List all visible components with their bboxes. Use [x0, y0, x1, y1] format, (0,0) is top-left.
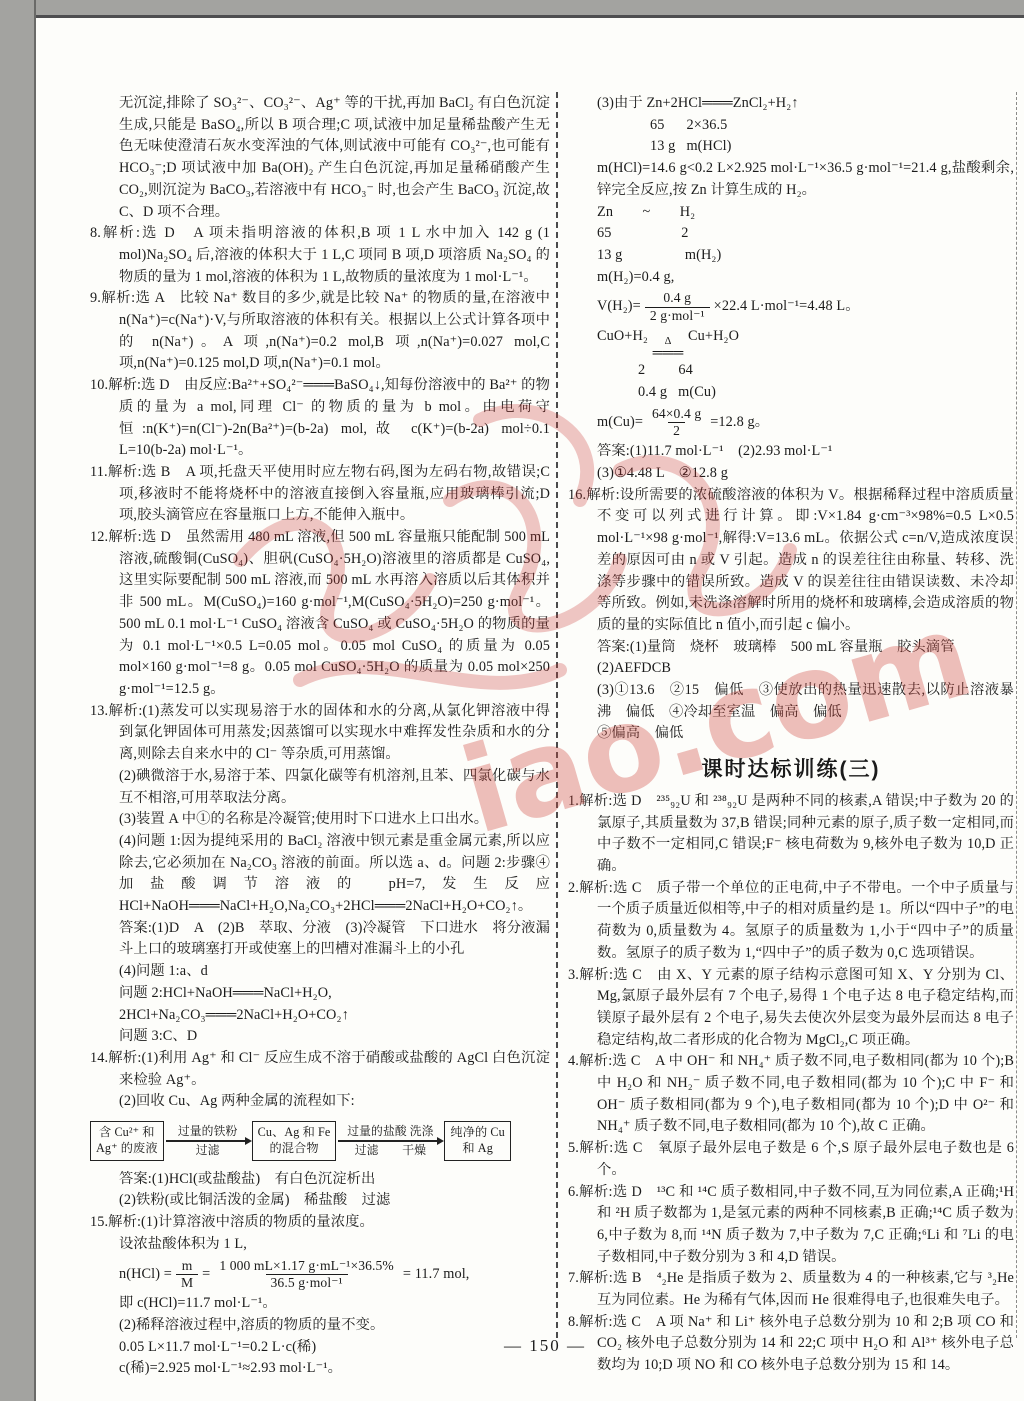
answer-line: 2HCl+Na₂CO₃═══2NaCl+H₂O+CO₂↑	[90, 1005, 550, 1027]
equation-work-line: 0.4 g m(Cu)	[568, 382, 1014, 404]
answer-line: (2)AEFDCB	[568, 658, 1014, 680]
answer-line: ⑤偏高 偏低	[568, 723, 1014, 745]
answer-line: 问题 2:HCl+NaOH═══NaCl+H₂O,	[90, 983, 550, 1005]
answer-item: 8.解析:选 D A 项未指明溶液的体积,B 项 1 L 水中加入 142 g …	[90, 223, 550, 288]
equation-work-line: 13 g m(H₂)	[568, 245, 1014, 267]
fraction-numerator: 1 000 mL×1.17 g·mL⁻¹×36.5%	[214, 1258, 399, 1274]
answer-item: 15.解析:(1)计算溶液中溶质的物质的量浓度。	[90, 1212, 550, 1234]
fraction-numerator: m	[177, 1258, 198, 1274]
answer-item: 6.解析:选 D ¹³C 和 ¹⁴C 质子数相同,中子数不同,互为同位素,A 正…	[568, 1182, 1014, 1269]
page-number: — 150 —	[430, 1336, 660, 1356]
fraction-denominator: 2 g·mol⁻¹	[645, 307, 710, 324]
answer-line: 答案:(1)HCl(或盐酸盐) 有白色沉淀析出	[90, 1169, 550, 1191]
flow-box-line: 含 Cu²⁺ 和	[96, 1125, 158, 1141]
fraction-equation: n(HCl) = mM = 1 000 mL×1.17 g·mL⁻¹×36.5%…	[90, 1258, 550, 1292]
answer-line: 设浓盐酸体积为 1 L,	[90, 1234, 550, 1256]
answer-line: (2)碘微溶于水,易溶于苯、四氯化碳等有机溶剂,且苯、四氯化碳与水互不相溶,可用…	[90, 766, 550, 809]
equation-text: V(H₂)=	[597, 296, 641, 318]
column-divider	[556, 92, 558, 1338]
process-flow-diagram: 含 Cu²⁺ 和Ag⁺ 的废液过量的铁粉过滤Cu、Ag 和 Fe的混合物过量的盐…	[90, 1121, 550, 1161]
fraction: 64×0.4 g2	[647, 406, 706, 440]
arrow-head	[245, 1137, 252, 1145]
answer-item: 12.解析:选 D 虽然需用 480 mL 溶液,但 500 mL 容量瓶只能配…	[90, 527, 550, 701]
equation-text: ×22.4 L·mol⁻¹=4.48 L。	[714, 296, 860, 318]
page-edge-dashes	[1016, 92, 1017, 1338]
right-column: (3)由于 Zn+2HCl═══ZnCl₂+H₂↑65 2×36.513 g m…	[568, 93, 1014, 1377]
equals-bar: ═══	[653, 347, 684, 360]
answer-item: 3.解析:选 C 由 X、Y 元素的原子结构示意图可知 X、Y 分别为 Cl、M…	[568, 965, 1014, 1052]
answer-line: m(H₂)=0.4 g,	[568, 267, 1014, 289]
equation-text: m(Cu)=	[597, 412, 643, 434]
answer-item: 7.解析:选 B ⁴₂He 是指质子数为 2、质量数为 4 的一种核素,它与 ³…	[568, 1268, 1014, 1311]
fraction-denominator: M	[176, 1274, 198, 1291]
answer-item: 14.解析:(1)利用 Ag⁺ 和 Cl⁻ 反应生成不溶于硝酸或盐酸的 AgCl…	[90, 1048, 550, 1091]
arrow-line	[338, 1140, 442, 1142]
fraction-equation: V(H₂)= 0.4 g2 g·mol⁻¹ ×22.4 L·mol⁻¹=4.48…	[568, 290, 1014, 324]
answer-line: (2)铁粉(或比铜活泼的金属) 稀盐酸 过滤	[90, 1190, 550, 1212]
flow-box-line: 的混合物	[258, 1141, 331, 1157]
equation-work-line: 2 64	[568, 360, 1014, 382]
fraction-denominator: 2	[668, 422, 685, 439]
answer-item: 4.解析:选 C A 中 OH⁻ 和 NH₄⁺ 质子数不同,电子数相同(都为 1…	[568, 1051, 1014, 1138]
answer-line: (3)①4.48 L ②12.8 g	[568, 463, 1014, 485]
arrow-label-top: 过量的盐酸 洗涤	[347, 1124, 433, 1139]
answer-line: 无沉淀,排除了 SO₃²⁻、CO₃²⁻、Ag⁺ 等的干扰,再加 BaCl₂ 有白…	[90, 93, 550, 223]
fraction-numerator: 64×0.4 g	[647, 406, 706, 422]
arrow-shaft	[166, 1140, 248, 1142]
equation-work-line: Zn ~ H₂	[568, 202, 1014, 224]
fraction: 1 000 mL×1.17 g·mL⁻¹×36.5%36.5 g·mol⁻¹	[214, 1258, 399, 1292]
scanner-edge-top	[0, 0, 1024, 18]
fraction-equation: m(Cu)= 64×0.4 g2 =12.8 g。	[568, 406, 1014, 440]
arrow-shaft	[338, 1140, 440, 1142]
flow-box-line: 和 Ag	[450, 1141, 504, 1157]
answer-line: 答案:(1)量筒 烧杯 玻璃棒 500 mL 容量瓶 胶头滴管	[568, 637, 1014, 659]
answer-item: 16.解析:设所需要的浓硫酸溶液的体积为 V。根据稀释过程中溶质质量不变可以列式…	[568, 485, 1014, 637]
answer-line: (2)稀释溶液过程中,溶质的物质的量不变。	[90, 1315, 550, 1337]
equation-work-line: 65 2	[568, 223, 1014, 245]
flow-arrow: 过量的铁粉过滤	[166, 1124, 250, 1157]
answer-item: 5.解析:选 C 氧原子最外层电子数是 6 个,S 原子最外层电子数也是 6 个…	[568, 1138, 1014, 1181]
arrow-label-top: 过量的铁粉	[178, 1124, 238, 1139]
arrow-label-bottom: 过滤 干燥	[355, 1143, 426, 1158]
answer-line: 问题 3:C、D	[90, 1026, 550, 1048]
equation-work-line: 65 2×36.5	[568, 115, 1014, 137]
answer-line: (2)回收 Cu、Ag 两种金属的流程如下:	[90, 1091, 550, 1113]
equation-text: = 11.7 mol,	[403, 1264, 470, 1286]
fraction-numerator: 0.4 g	[658, 290, 696, 306]
answer-item: 9.解析:选 A 比较 Na⁺ 数目的多少,就是比较 Na⁺ 的物质的量,在溶液…	[90, 288, 550, 375]
answer-item: 13.解析:(1)蒸发可以实现易溶于水的固体和水的分离,从氯化钾溶液中得到氯化钾…	[90, 701, 550, 766]
answer-line: c(稀)=2.925 mol·L⁻¹≈2.93 mol·L⁻¹。	[90, 1358, 550, 1380]
flow-box: 含 Cu²⁺ 和Ag⁺ 的废液	[90, 1121, 164, 1161]
answer-line: 答案:(1)D A (2)B 萃取、分液 (3)冷凝管 下口进水 将分液漏斗上口…	[90, 918, 550, 961]
answer-item: 1.解析:选 D ²³⁵₉₂U 和 ²³⁸₉₂U 是两种不同的核素,A 错误;中…	[568, 791, 1014, 878]
answer-line: (3)由于 Zn+2HCl═══ZnCl₂+H₂↑	[568, 93, 1014, 115]
answer-line: (4)问题 1:a、d	[90, 961, 550, 983]
answer-line: (4)问题 1:因为提纯采用的 BaCl₂ 溶液中钡元素是重金属元素,所以应除去…	[90, 831, 550, 918]
answer-line: 答案:(1)11.7 mol·L⁻¹ (2)2.93 mol·L⁻¹	[568, 441, 1014, 463]
answer-item: 11.解析:选 B A 项,托盘天平使用时应左物右码,图为左码右物,故错误;C …	[90, 462, 550, 527]
answer-line: (3)装置 A 中①的名称是冷凝管;使用时下口进水上口出水。	[90, 809, 550, 831]
section-heading: 课时达标训练(三)	[568, 745, 1014, 791]
equation-text: CuO+H₂	[597, 328, 652, 344]
flow-box: Cu、Ag 和 Fe的混合物	[252, 1121, 337, 1161]
delta-equals-sign: Δ═══	[653, 337, 684, 360]
flow-box: 纯净的 Cu和 Ag	[444, 1121, 510, 1161]
equation-text: n(HCl) =	[119, 1264, 172, 1286]
scanned-page: { "page": { "footer": "— 150 —" }, "wate…	[0, 0, 1024, 1401]
fraction: mM	[176, 1258, 198, 1292]
left-column: 无沉淀,排除了 SO₃²⁻、CO₃²⁻、Ag⁺ 等的干扰,再加 BaCl₂ 有白…	[90, 93, 550, 1380]
delta-equation: CuO+H₂ Δ═══ Cu+H₂O	[568, 326, 1014, 360]
answer-line: m(HCl)=14.6 g<0.2 L×2.925 mol·L⁻¹×36.5 g…	[568, 158, 1014, 201]
fraction-denominator: 36.5 g·mol⁻¹	[266, 1274, 348, 1291]
answer-item: 10.解析:选 D 由反应:Ba²⁺+SO₄²⁻═══BaSO₄↓,知每份溶液中…	[90, 375, 550, 462]
equation-work-line: 13 g m(HCl)	[568, 136, 1014, 158]
equation-text: Cu+H₂O	[684, 328, 739, 344]
answer-line: 即 c(HCl)=11.7 mol·L⁻¹。	[90, 1293, 550, 1315]
flow-box-line: Cu、Ag 和 Fe	[258, 1125, 331, 1141]
equation-text: =12.8 g。	[710, 412, 769, 434]
flow-arrow: 过量的盐酸 洗涤过滤 干燥	[338, 1124, 442, 1157]
fraction: 0.4 g2 g·mol⁻¹	[645, 290, 710, 324]
flow-box-line: Ag⁺ 的废液	[96, 1141, 158, 1157]
answer-line: (3)①13.6 ②15 偏低 ③使放出的热量迅速散去,以防止溶液暴沸 偏低 ④…	[568, 680, 1014, 723]
scanner-edge-left	[0, 0, 36, 1401]
flow-box-line: 纯净的 Cu	[450, 1125, 504, 1141]
arrow-head	[437, 1137, 444, 1145]
arrow-label-bottom: 过滤	[196, 1143, 220, 1158]
answer-item: 2.解析:选 C 质子带一个单位的正电荷,中子不带电。一个中子质量与一个质子质量…	[568, 878, 1014, 965]
equation-text: =	[202, 1264, 210, 1286]
arrow-line	[166, 1140, 250, 1142]
